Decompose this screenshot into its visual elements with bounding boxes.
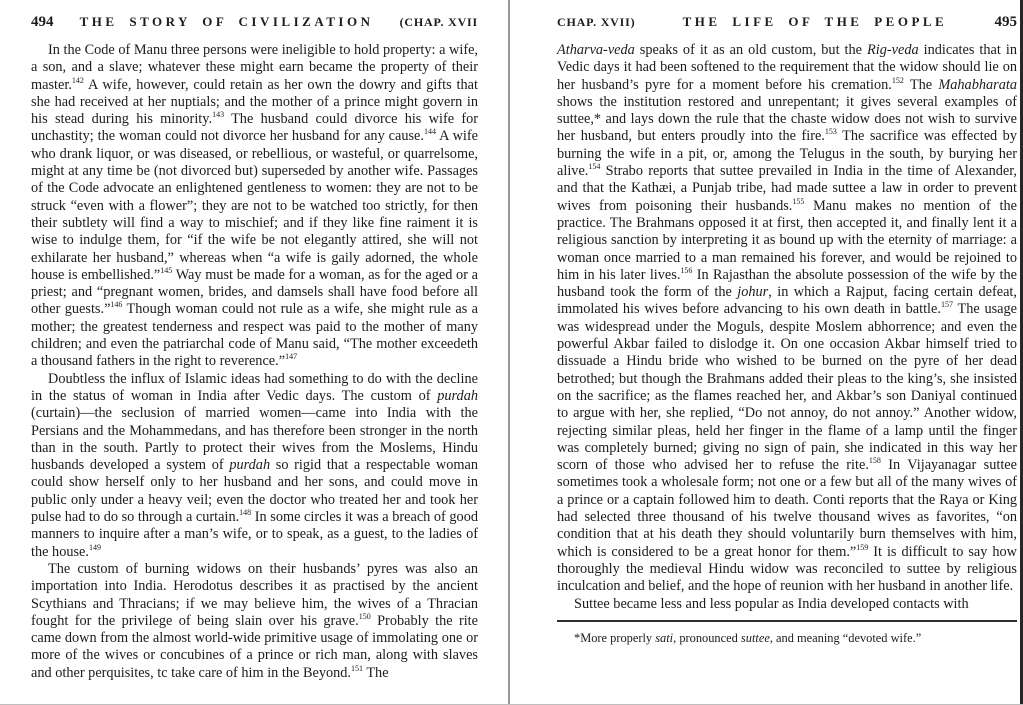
paragraph: Atharva-veda speaks of it as an old cust… bbox=[557, 42, 1017, 596]
footnote-text: *More properly sati, pronounced suttee, … bbox=[557, 631, 1017, 646]
left-running-header: 494 THE STORY OF CIVILIZATION (CHAP. XVI… bbox=[31, 14, 478, 31]
left-page-body: In the Code of Manu three persons were i… bbox=[31, 42, 478, 682]
right-running-title: THE LIFE OF THE PEOPLE bbox=[683, 14, 948, 30]
paragraph: Doubtless the influx of Islamic ideas ha… bbox=[31, 371, 478, 561]
left-chapter-label: (CHAP. XVII bbox=[400, 15, 478, 30]
footnote-divider bbox=[557, 620, 1017, 622]
page-gutter-divider bbox=[508, 0, 510, 705]
right-running-header: CHAP. XVII) THE LIFE OF THE PEOPLE 495 bbox=[557, 14, 1017, 31]
paragraph: In the Code of Manu three persons were i… bbox=[31, 42, 478, 371]
page-right: CHAP. XVII) THE LIFE OF THE PEOPLE 495 A… bbox=[557, 14, 1017, 646]
paragraph: The custom of burning widows on their hu… bbox=[31, 561, 478, 682]
paragraph: Suttee became less and less popular as I… bbox=[557, 596, 1017, 613]
right-chapter-label: CHAP. XVII) bbox=[557, 15, 635, 30]
page-left: 494 THE STORY OF CIVILIZATION (CHAP. XVI… bbox=[31, 14, 478, 682]
left-running-title: THE STORY OF CIVILIZATION bbox=[80, 14, 374, 30]
right-page-number: 495 bbox=[995, 14, 1018, 31]
right-page-body: Atharva-veda speaks of it as an old cust… bbox=[557, 42, 1017, 613]
left-page-number: 494 bbox=[31, 14, 54, 31]
